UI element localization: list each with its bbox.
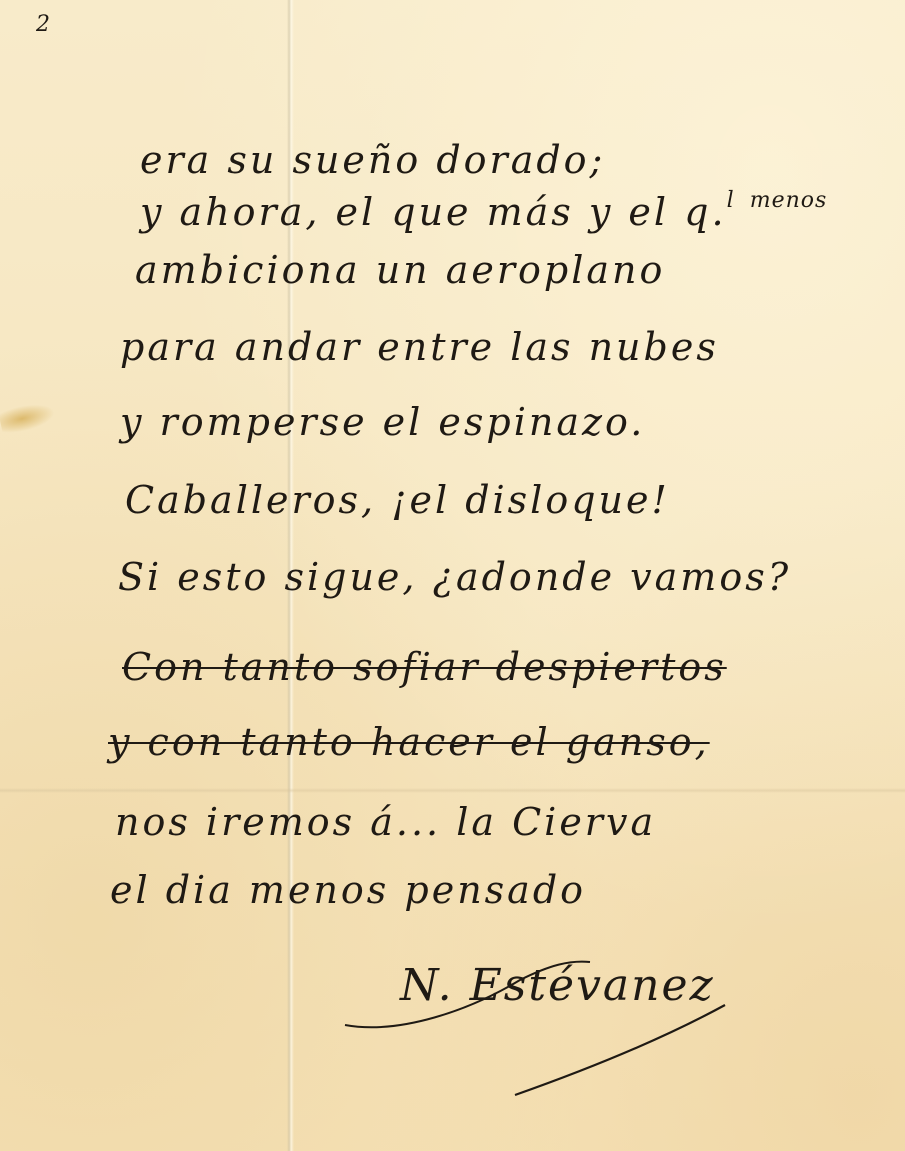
poem-line-2: y ahora, el que más y el q.l menos [140, 188, 827, 234]
poem-line-7: Si esto sigue, ¿adonde vamos? [118, 555, 791, 599]
manuscript-page: 2 era su sueño dorado; y ahora, el que m… [0, 0, 905, 1151]
poem-line-4: para andar entre las nubes [120, 325, 719, 369]
poem-line-5: y romperse el espinazo. [120, 400, 645, 444]
poem-line-10: nos iremos á... la Cierva [115, 800, 656, 844]
poem-line-2-superscript: l [727, 188, 735, 213]
poem-line-6: Caballeros, ¡el disloque! [125, 478, 670, 522]
signature-flourish-icon [340, 950, 760, 1110]
poem-line-3: ambiciona un aeroplano [135, 248, 665, 292]
poem-line-9-struck: y con tanto hacer el ganso, [108, 720, 710, 764]
paper-stain [0, 400, 57, 436]
poem-line-11: el dia menos pensado [110, 868, 586, 912]
horizontal-fold-crease [0, 788, 905, 793]
page-number: 2 [36, 12, 50, 37]
poem-line-2-trailing: menos [750, 188, 828, 213]
poem-line-2-text: y ahora, el que más y el q. [140, 190, 727, 234]
poem-line-1: era su sueño dorado; [140, 138, 605, 182]
poem-line-8-struck: Con tanto sofiar despiertos [122, 645, 727, 689]
